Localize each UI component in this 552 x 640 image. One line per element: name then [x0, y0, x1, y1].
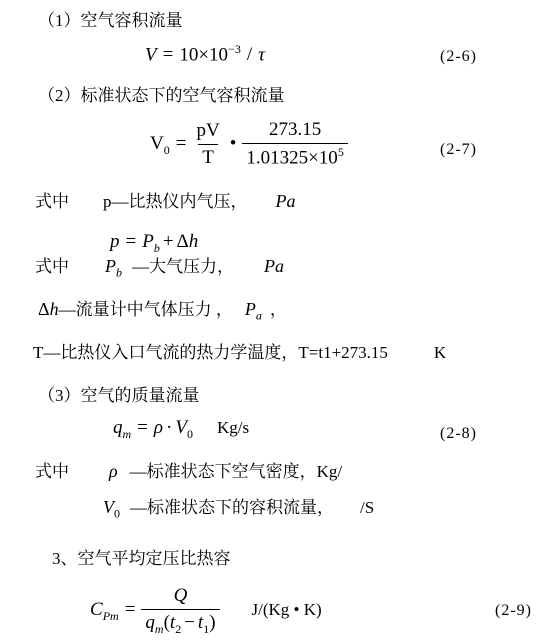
var-Cpm-sub: Pm: [103, 608, 119, 622]
var-h: h: [189, 231, 199, 252]
plus-sign: +: [163, 231, 174, 252]
note-p-text: p—比热仪内气压，: [103, 192, 248, 211]
note-v0-text: —标准状态下的容积流量，: [130, 498, 334, 517]
note-rho-text: —标准状态下空气密度，Kg/: [130, 462, 343, 481]
formula-2-9: CPm = Q qm(t2−t1) J/(Kg • K): [90, 585, 322, 635]
heading-specific-heat-capacity: 3、空气平均定压比热容: [52, 548, 231, 570]
heading-standard-state-volume-flow: （2）标准状态下的空气容积流量: [38, 85, 285, 107]
cdot-multiply-sign: ·: [166, 417, 172, 438]
fraction-denominator: 1.01325×105: [242, 143, 347, 169]
note-T-definition: T—比热仪入口气流的热力学温度，T=t1+273.15K: [33, 342, 446, 364]
exponent-minus3: −3: [228, 42, 241, 56]
eq-number-2-6: (2-6): [440, 46, 477, 68]
var-qm-base: q: [113, 417, 123, 438]
fraction-numerator: 273.15: [265, 119, 325, 143]
eq-number-2-8: (2-8): [440, 423, 477, 445]
formula-p-equals-pb-plus-dh: p=Pb+Δh: [110, 231, 198, 254]
note-dh-definition: Δh—流量计中气体压力 ，Pa，: [38, 298, 287, 321]
unit-K: K: [434, 343, 446, 362]
var-Pb-base: P: [105, 256, 116, 276]
var-Pb-sub: b: [116, 265, 122, 279]
var-V0-base: V: [103, 497, 114, 517]
fraction-273-over-101325: 273.15 1.01325×105: [242, 119, 347, 169]
equals-sign: =: [126, 231, 137, 252]
heading-air-mass-flow: （3）空气的质量流量: [38, 385, 200, 407]
note-pb-definition: 式中Pb—大气压力，Pa: [35, 255, 284, 278]
delta-symbol: Δ: [38, 299, 50, 319]
equals-sign: =: [125, 599, 136, 621]
note-p-definition: 式中p—比热仪内气压，Pa: [35, 190, 296, 213]
trailing-comma: ，: [270, 300, 287, 319]
note-rho-definition: 式中ρ—标准状态下空气密度，Kg/: [35, 460, 342, 483]
var-V0-base: V: [150, 133, 164, 154]
var-tau: τ: [258, 44, 265, 65]
fraction-denominator: qm(t2−t1): [141, 609, 219, 635]
note-dh-text: —流量计中气体压力 ，: [59, 300, 233, 319]
var-t2-sub: 2: [175, 622, 181, 636]
var-V0-sub: 0: [187, 427, 193, 441]
denominator-base: 1.01325×10: [246, 147, 337, 168]
var-V0-sub: 0: [114, 506, 120, 520]
heading-air-volume-flow: （1）空气容积流量: [38, 10, 183, 32]
var-Pb-base: P: [142, 231, 154, 252]
var-V0: V0: [150, 133, 170, 156]
formula-2-8: qm=ρ·V0Kg/s: [113, 417, 249, 440]
equals-sign: =: [137, 417, 148, 438]
delta-symbol: Δ: [177, 231, 189, 252]
var-Pa-sub: a: [256, 308, 262, 322]
close-paren: ): [209, 612, 215, 633]
shizhong-label: 式中: [35, 192, 69, 211]
minus-sign: −: [184, 612, 195, 633]
var-Cpm-base: C: [90, 599, 103, 620]
var-Cpm: CPm: [90, 599, 119, 622]
shizhong-label: 式中: [35, 257, 69, 276]
var-V: V: [145, 44, 157, 65]
eq-number-2-7: (2-7): [440, 139, 477, 161]
unit-kg-per-s: Kg/s: [217, 418, 249, 437]
bullet-multiply-sign: •: [230, 133, 237, 155]
fraction-Q-over-qm-dt: Q qm(t2−t1): [141, 585, 219, 635]
equals-sign: =: [163, 44, 174, 65]
var-V0-base: V: [175, 417, 187, 438]
coefficient-10x10: 10×10: [179, 44, 228, 65]
var-Pa-base: P: [245, 299, 256, 319]
var-rho: ρ: [154, 417, 163, 438]
unit-J-per-kgK: J/(Kg • K): [252, 599, 322, 621]
denominator-exponent: 5: [338, 145, 344, 159]
fraction-numerator-Q: Q: [170, 585, 192, 609]
var-qm-base: q: [145, 612, 155, 633]
note-pb-text: —大气压力，: [132, 257, 234, 276]
unit-per-s: /S: [360, 498, 374, 517]
var-rho: ρ: [109, 461, 118, 481]
var-p: p: [110, 231, 120, 252]
fraction-pV-over-T: pV T: [192, 120, 223, 169]
fraction-denominator: T: [198, 144, 218, 169]
var-V0-sub: 0: [164, 143, 170, 157]
document-page: （1）空气容积流量 V=10×10−3/τ (2-6) （2）标准状态下的空气容…: [0, 0, 552, 640]
unit-Pa: Pa: [276, 191, 296, 211]
var-qm-sub: m: [123, 427, 132, 441]
note-T-text: T—比热仪入口气流的热力学温度，T=t1+273.15: [33, 343, 388, 362]
equals-sign: =: [176, 133, 187, 155]
note-v0-definition: V0—标准状态下的容积流量，/S: [103, 496, 374, 519]
formula-2-7: V0 = pV T • 273.15 1.01325×105: [150, 119, 348, 169]
eq-number-2-9: (2-9): [495, 600, 532, 622]
unit-Pa: Pa: [264, 256, 284, 276]
divide-sign: /: [247, 44, 252, 65]
var-h: h: [50, 299, 59, 319]
shizhong-label: 式中: [35, 462, 69, 481]
var-qm-sub: m: [155, 622, 164, 636]
fraction-numerator: pV: [192, 120, 223, 144]
formula-2-6: V=10×10−3/τ: [145, 43, 265, 66]
var-Pb-sub: b: [154, 241, 160, 255]
